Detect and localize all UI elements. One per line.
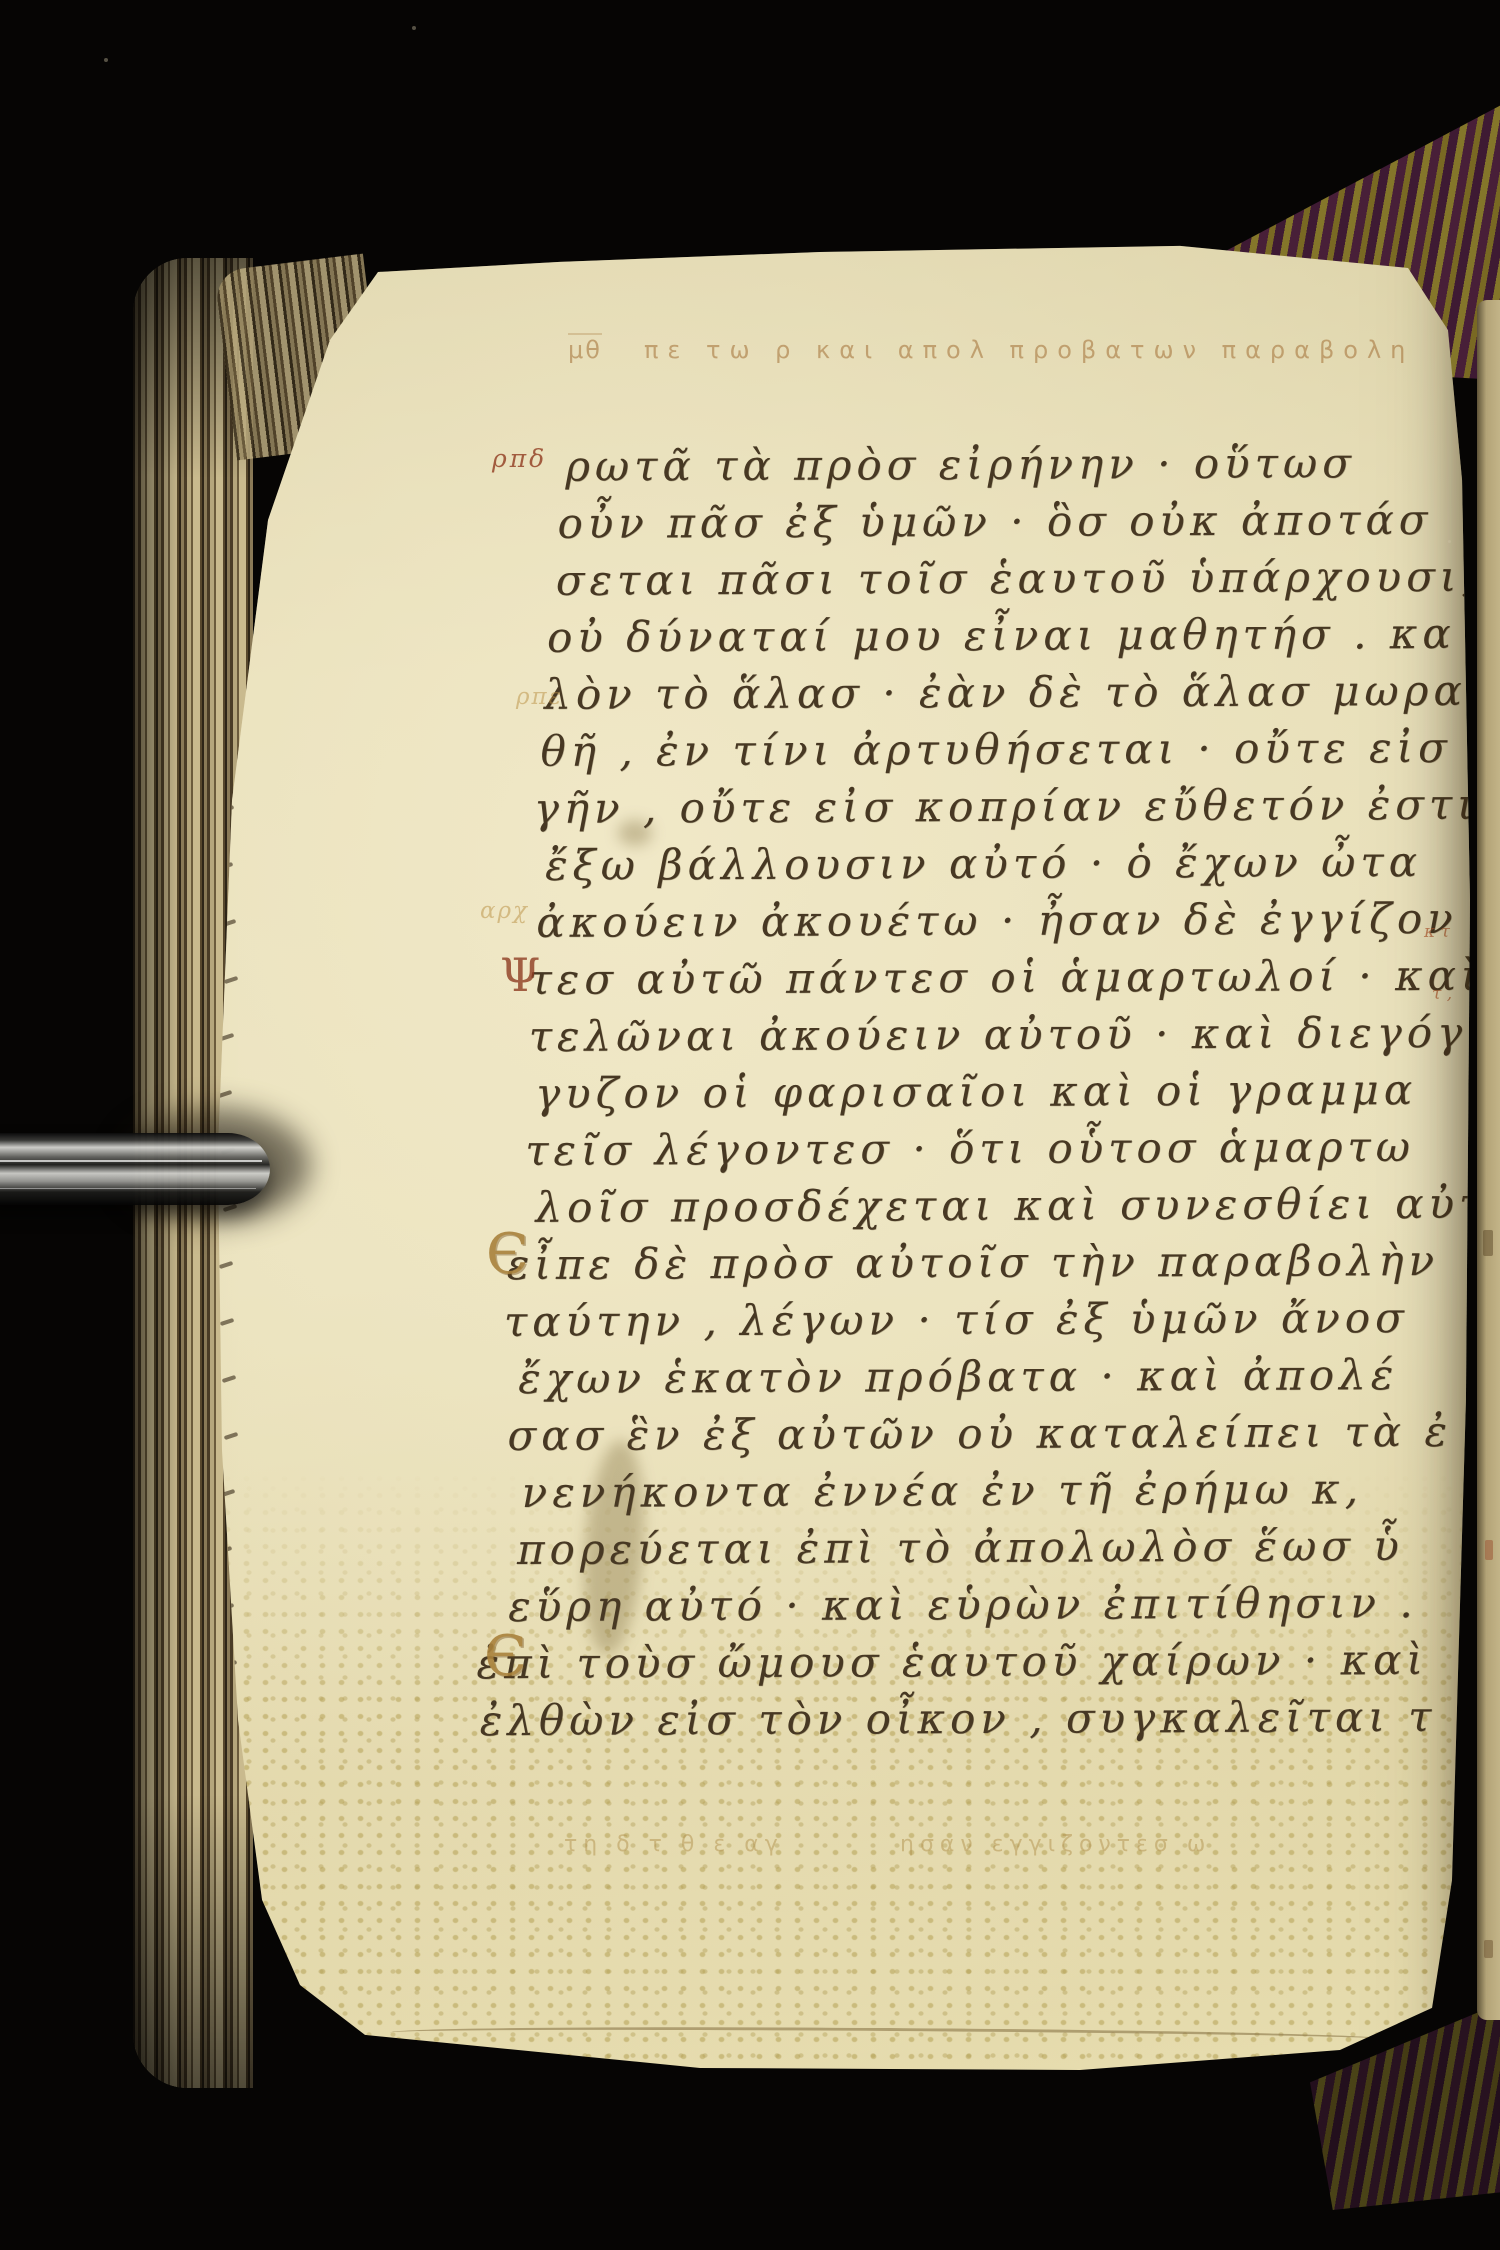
glass-rod <box>0 1133 270 1205</box>
margin-mark: ρπε <box>516 684 563 710</box>
footer-rubric-right: ησαν εγγιζοντεσ ω <box>900 1832 1211 1857</box>
parchment-follicle-dots <box>180 1470 1470 2090</box>
footer-rubric-left: τη δ τ θ ε αγ <box>564 1832 784 1857</box>
dust-speck <box>412 26 416 30</box>
bottom-leaf-edge <box>390 2025 1390 2049</box>
margin-mark: Ψ <box>500 948 540 1002</box>
pricking-mark <box>224 1432 239 1440</box>
margin-mark: κ τ <box>1424 922 1450 942</box>
text-line: σεται πᾶσι τοῖσ ἑαυτοῦ ὑπάρχουσι, <box>556 548 1498 609</box>
margin-mark: Є <box>486 1222 529 1287</box>
margin-mark: τ , <box>1432 984 1452 1004</box>
facing-page-edge <box>1477 300 1500 2020</box>
pricking-mark <box>219 1261 234 1269</box>
text-line: εἶπε δὲ πρὸσ αὐτοῖσ τὴν παραβολὴν <box>507 1232 1500 1293</box>
text-line: τελῶναι ἀκούειν αὐτοῦ · καὶ διεγόγ <box>529 1004 1500 1065</box>
text-line: ἔχων ἑκατὸν πρόβατα · καὶ ἀπολέ <box>518 1346 1500 1407</box>
text-line: τεσ αὐτῶ πάντεσ οἱ ἁμαρτωλοί · καὶ <box>528 947 1499 1008</box>
text-line: λὸν τὸ ἅλασ · ἐὰν δὲ τὸ ἅλασ μωραν <box>544 662 1498 723</box>
margin-mark: Є <box>484 1624 527 1689</box>
text-line: εὕρη αὐτό · καὶ εὑρὼν ἐπιτίθησιν . <box>508 1574 1500 1635</box>
text-line: γῆν , οὔτε εἰσ κοπρίαν εὔθετόν ἐστιν . <box>534 776 1499 837</box>
small-stain <box>618 820 652 846</box>
margin-mark: αρχ <box>480 898 529 924</box>
pricking-mark <box>224 976 239 984</box>
text-line: ταύτην , λέγων · τίσ ἐξ ὑμῶν ἄνοσ <box>504 1289 1500 1350</box>
ink-stain <box>578 1438 651 1657</box>
text-line: ἔξω βάλλουσιν αὐτό · ὁ ἔχων ὦτα <box>545 833 1411 894</box>
text-line: σασ ἓν ἐξ αὐτῶν οὐ καταλείπει τὰ ἐ <box>507 1403 1500 1464</box>
text-line: οὐ δύναταί μου εἶναι μαθητήσ . κα <box>547 605 1498 666</box>
text-line: τεῖσ λέγοντεσ · ὅτι οὗτοσ ἁμαρτω <box>525 1118 1500 1179</box>
dust-speck <box>1448 540 1451 543</box>
text-line: ἐλθὼν εἰσ τὸν οἶκον , συγκαλεῖται τ <box>480 1688 1500 1749</box>
quire-number: μθ <box>568 333 602 364</box>
text-line: ἀκούειν ἀκουέτω · ἦσαν δὲ ἐγγίζον <box>536 890 1499 951</box>
manuscript-photo: μθπε τω ρ και απολ προβατων παραβολη ρωτ… <box>0 0 1500 2250</box>
text-line: οὖν πᾶσ ἐξ ὑμῶν · ὃσ οὐκ ἀποτάσ <box>557 491 1497 552</box>
text-line: ἐπὶ τοὺσ ὤμουσ ἑαυτοῦ χαίρων · καὶ <box>476 1631 1500 1692</box>
text-line: ρωτᾶ τὰ πρὸσ εἰρήνην · οὕτωσ <box>565 434 1497 495</box>
pricking-mark <box>222 1375 237 1383</box>
running-title: πε τω ρ και απολ προβατων παραβολη <box>644 336 1414 364</box>
dust-speck <box>104 58 108 62</box>
running-title-rubric: μθπε τω ρ και απολ προβατων παραβολη <box>568 336 1428 364</box>
text-line: θῆ , ἐν τίνι ἀρτυθήσεται · οὔτε εἰσ <box>540 719 1498 780</box>
text-line: λοῖσ προσδέχεται καὶ συνεσθίει αὐτοῖσ . <box>535 1175 1500 1236</box>
pricking-mark <box>220 1318 235 1326</box>
text-line: γυζον οἱ φαρισαῖοι καὶ οἱ γραμμα <box>535 1061 1412 1122</box>
text-line: πορεύεται ἐπὶ τὸ ἀπολωλὸσ ἕωσ ὗ <box>517 1517 1500 1578</box>
margin-mark: ρπδ <box>492 444 547 473</box>
text-line: νενήκοντα ἐννέα ἐν τῆ ἐρήμω κ, <box>522 1460 1500 1521</box>
